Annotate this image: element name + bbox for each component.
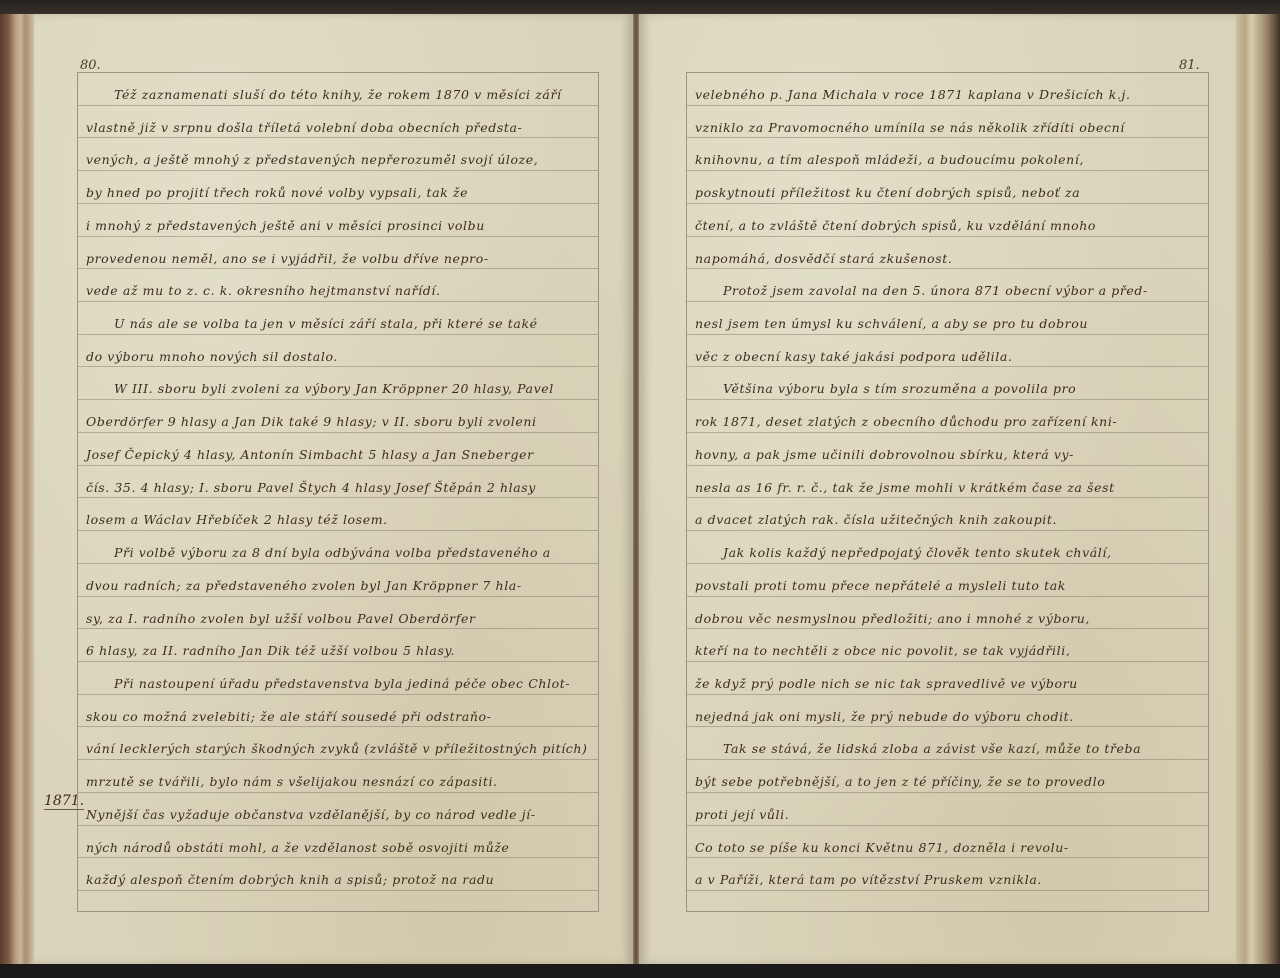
left-page: 80. 1871. Též zaznamenati sluší do této … [34, 14, 633, 964]
text-line: by hned po projití třech roků nové volby… [78, 171, 598, 204]
text-line: čtení, a to zvláště čtení dobrých spisů,… [687, 204, 1208, 237]
text-line: Co toto se píše ku konci Květnu 871, doz… [687, 826, 1208, 859]
text-line: nesla as 16 fr. r. č., tak že jsme mohli… [687, 466, 1208, 499]
text-line: Jak kolis každý nepředpojatý člověk tent… [687, 531, 1208, 564]
text-line: knihovnu, a tím alespoň mládeži, a budou… [687, 138, 1208, 171]
text-frame: 1871. Též zaznamenati sluší do této knih… [77, 72, 599, 912]
text-line: být sebe potřebnější, a to jen z té příč… [687, 760, 1208, 793]
text-line: provedenou neměl, ano se i vyjádřil, že … [78, 237, 598, 270]
text-line: Protož jsem zavolal na den 5. února 871 … [687, 269, 1208, 302]
text-line: nesl jsem ten úmysl ku schválení, a aby … [687, 302, 1208, 335]
text-line: losem a Wáclav Hřebíček 2 hlasy též lose… [78, 498, 598, 531]
right-page: 81. velebného p. Jana Michala v roce 187… [639, 14, 1236, 964]
text-line: mrzutě se tvářili, bylo nám s všelijakou… [78, 760, 598, 793]
text-line: a dvacet zlatých rak. čísla užitečných k… [687, 498, 1208, 531]
text-line: věc z obecní kasy také jakási podpora ud… [687, 335, 1208, 368]
text-line: čís. 35. 4 hlasy; I. sboru Pavel Štych 4… [78, 466, 598, 499]
text-line: vlastně již v srpnu došla tříletá volebn… [78, 106, 598, 139]
text-line: do výboru mnoho nových sil dostalo. [78, 335, 598, 368]
text-line: povstali proti tomu přece nepřátelé a my… [687, 564, 1208, 597]
text-line: rok 1871, deset zlatých z obecního důcho… [687, 400, 1208, 433]
text-line: sy, za I. radního zvolen byl užší volbou… [78, 597, 598, 630]
text-line: vených, a ještě mnohý z představených ne… [78, 138, 598, 171]
text-line: W III. sboru byli zvoleni za výbory Jan … [78, 367, 598, 400]
text-line: U nás ale se volba ta jen v měsíci září … [78, 302, 598, 335]
text-line: poskytnouti příležitost ku čtení dobrých… [687, 171, 1208, 204]
text-line: nejedná jak oni mysli, že prý nebude do … [687, 695, 1208, 728]
text-line: že když prý podle nich se nic tak sprave… [687, 662, 1208, 695]
text-line: dvou radních; za představeného zvolen by… [78, 564, 598, 597]
page-number: 81. [1179, 58, 1200, 73]
book-cover-bottom [0, 964, 1280, 978]
text-line: Též zaznamenati sluší do této knihy, že … [78, 73, 598, 106]
text-line: velebného p. Jana Michala v roce 1871 ka… [687, 73, 1208, 106]
book-left-edge [0, 14, 34, 964]
text-line: kteří na to nechtěli z obce nic povolit,… [687, 629, 1208, 662]
text-line: Nynější čas vyžaduje občanstva vzdělaněj… [78, 793, 598, 826]
text-frame: velebného p. Jana Michala v roce 1871 ka… [686, 72, 1209, 912]
text-line: skou co možná zvelebiti; že ale stáří so… [78, 695, 598, 728]
text-line: dobrou věc nesmyslnou předložiti; ano i … [687, 597, 1208, 630]
text-line: proti její vůli. [687, 793, 1208, 826]
text-line: Tak se stává, že lidská zloba a závist v… [687, 727, 1208, 760]
text-line: Oberdörfer 9 hlasy a Jan Dik také 9 hlas… [78, 400, 598, 433]
text-line: 6 hlasy, za II. radního Jan Dik též užší… [78, 629, 598, 662]
text-line: i mnohý z představených ještě ani v měsí… [78, 204, 598, 237]
text-line: Josef Čepický 4 hlasy, Antonín Simbacht … [78, 433, 598, 466]
text-line: vání lecklerých starých škodných zvyků (… [78, 727, 598, 760]
text-line: napomáhá, dosvědčí stará zkušenost. [687, 237, 1208, 270]
text-line: každý alespoň čtením dobrých knih a spis… [78, 858, 598, 891]
text-line: Většina výboru byla s tím srozuměna a po… [687, 367, 1208, 400]
open-book: 80. 1871. Též zaznamenati sluší do této … [0, 0, 1280, 978]
page-number: 80. [80, 58, 101, 73]
text-line: hovny, a pak jsme učinili dobrovolnou sb… [687, 433, 1208, 466]
text-line: ných národů obstáti mohl, a že vzdělanos… [78, 826, 598, 859]
text-line: vede až mu to z. c. k. okresního hejtman… [78, 269, 598, 302]
text-line: Při volbě výboru za 8 dní byla odbývána … [78, 531, 598, 564]
text-line: a v Paříži, která tam po vítězství Prusk… [687, 858, 1208, 891]
book-right-edge [1236, 14, 1280, 964]
text-line: Při nastoupení úřadu představenstva byla… [78, 662, 598, 695]
text-line: vzniklo za Pravomocného umínila se nás n… [687, 106, 1208, 139]
